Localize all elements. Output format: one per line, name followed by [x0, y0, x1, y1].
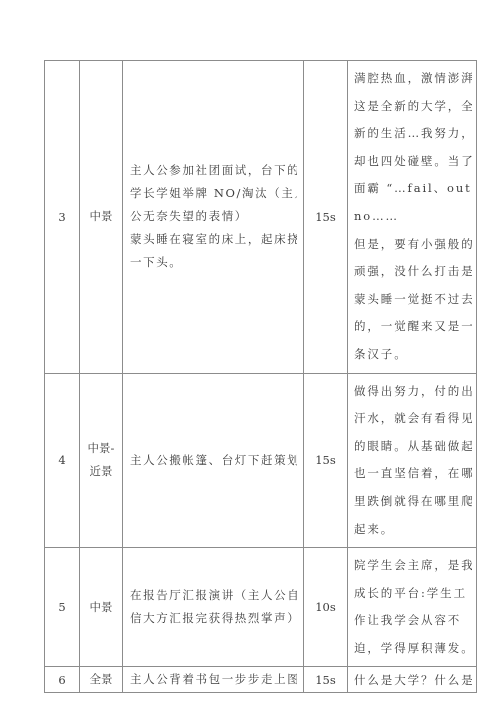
- scene-description-cell: 主人公背着书包一步步走上图: [123, 667, 304, 693]
- narration-cell: 做得出努力，付的出 汗水，就会有看得见 的眼睛。从基础做起， 也一直坚信着，在哪…: [348, 373, 477, 548]
- description-line: 信大方汇报完获得热烈掌声）: [130, 607, 297, 630]
- scene-number-cell: 5: [45, 548, 80, 667]
- narration-line: 作让我学会从容不: [354, 607, 472, 635]
- narration-line: 成长的平台:学生工: [354, 580, 472, 608]
- scene-number-cell: 4: [45, 373, 80, 548]
- narration-line: 的眼睛。从基础做起，: [354, 433, 472, 461]
- narration-cell: 满腔热血，激情澎湃， 这是全新的大学，全 新的生活…我努力， 却也四处碰壁。当了…: [348, 61, 477, 374]
- duration-cell: 15s: [304, 667, 348, 693]
- shot-type-cell: 中景- 近景: [80, 373, 123, 548]
- duration-cell: 10s: [304, 548, 348, 667]
- narration-line: 也一直坚信着，在哪: [354, 460, 472, 488]
- narration-cell: 院学生会主席，是我 成长的平台:学生工 作让我学会从容不 迫，学得厚积薄发。: [348, 548, 477, 667]
- narration-line: 但是，要有小强般的: [354, 231, 472, 259]
- duration-cell: 15s: [304, 61, 348, 374]
- narration-line: 却也四处碰壁。当了”: [354, 148, 472, 176]
- narration-line: 汗水，就会有看得见: [354, 405, 472, 433]
- description-line: 在报告厅汇报演讲（主人公自: [130, 584, 297, 607]
- description-line: 主人公参加社团面试，台下的: [130, 159, 297, 182]
- narration-line: 院学生会主席，是我: [354, 552, 472, 580]
- shot-type-cell: 中景: [80, 548, 123, 667]
- scene-description-cell: 在报告厅汇报演讲（主人公自 信大方汇报完获得热烈掌声）: [123, 548, 304, 667]
- narration-line: 条汉子。: [354, 341, 472, 369]
- scene-number-cell: 3: [45, 61, 80, 374]
- scene-number-cell: 6: [45, 667, 80, 693]
- narration-line: 的，一觉醒来又是一: [354, 313, 472, 341]
- storyboard-table: 3 中景 主人公参加社团面试，台下的 学长学姐举牌 NO/淘汰（主人 公无奈失望…: [44, 60, 477, 693]
- shot-type-text: 近景: [80, 460, 122, 483]
- description-line: 主人公搬帐篷、台灯下赶策划: [130, 449, 297, 472]
- table-row: 3 中景 主人公参加社团面试，台下的 学长学姐举牌 NO/淘汰（主人 公无奈失望…: [45, 61, 477, 374]
- scene-description-cell: 主人公参加社团面试，台下的 学长学姐举牌 NO/淘汰（主人 公无奈失望的表情） …: [123, 61, 304, 374]
- description-line: 学长学姐举牌 NO/淘汰（主人: [130, 182, 297, 205]
- table-row: 6 全景 主人公背着书包一步步走上图 15s 什么是大学？什么是: [45, 667, 477, 693]
- shot-type-cell: 全景: [80, 667, 123, 693]
- narration-line: 顽强，没什么打击是: [354, 258, 472, 286]
- narration-cell: 什么是大学？什么是: [348, 667, 477, 693]
- narration-line: 面霸 “…fail、out、: [354, 175, 472, 203]
- shot-type-text: 中景: [80, 205, 122, 228]
- description-line: 公无奈失望的表情）: [130, 205, 297, 228]
- narration-line: 满腔热血，激情澎湃，: [354, 65, 472, 93]
- table-row: 4 中景- 近景 主人公搬帐篷、台灯下赶策划 15s 做得出努力，付的出 汗水，…: [45, 373, 477, 548]
- description-line: 蒙头睡在寝室的床上，起床挠: [130, 228, 297, 251]
- narration-line: 蒙头睡一觉挺不过去: [354, 286, 472, 314]
- narration-line: 起来。: [354, 516, 472, 544]
- narration-line: 里跌倒就得在哪里爬: [354, 488, 472, 516]
- shot-type-text: 全景: [80, 668, 122, 691]
- narration-line: no……: [354, 203, 472, 231]
- narration-line: 新的生活…我努力，: [354, 120, 472, 148]
- description-line: 主人公背着书包一步步走上图: [130, 668, 297, 691]
- narration-line: 什么是大学？什么是: [354, 668, 472, 692]
- shot-type-cell: 中景: [80, 61, 123, 374]
- narration-line: 这是全新的大学，全: [354, 93, 472, 121]
- duration-cell: 15s: [304, 373, 348, 548]
- scene-description-cell: 主人公搬帐篷、台灯下赶策划: [123, 373, 304, 548]
- description-line: 一下头。: [130, 251, 297, 274]
- shot-type-text: 中景-: [80, 437, 122, 460]
- narration-line: 迫，学得厚积薄发。: [354, 635, 472, 663]
- table-row: 5 中景 在报告厅汇报演讲（主人公自 信大方汇报完获得热烈掌声） 10s 院学生…: [45, 548, 477, 667]
- shot-type-text: 中景: [80, 596, 122, 619]
- narration-line: 做得出努力，付的出: [354, 378, 472, 406]
